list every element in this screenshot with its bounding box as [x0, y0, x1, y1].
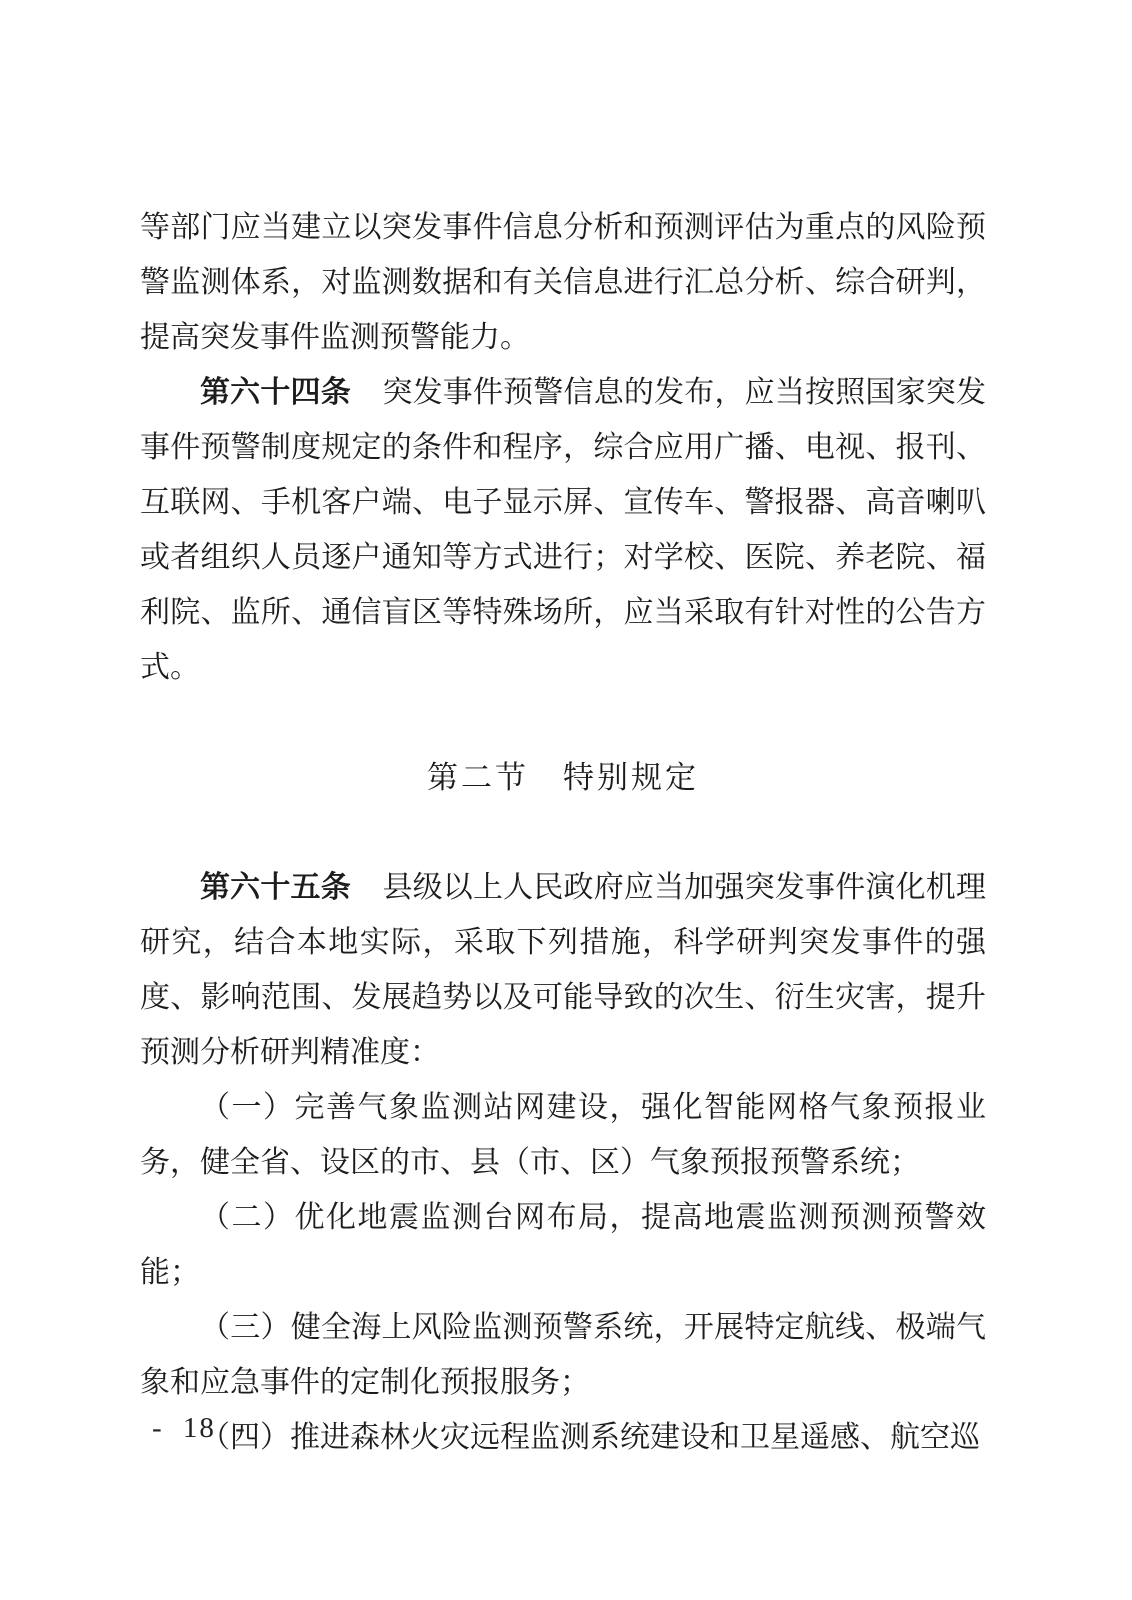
paragraph-item-2: （二）优化地震监测台网布局，提高地震监测预测预警效能； — [140, 1190, 986, 1300]
section-heading: 第二节 特别规定 — [140, 750, 986, 805]
paragraph-item-3: （三）健全海上风险监测预警系统，开展特定航线、极端气象和应急事件的定制化预报服务… — [140, 1300, 986, 1410]
article-65-number: 第六十五条 — [200, 871, 351, 904]
article-64-number: 第六十四条 — [200, 376, 351, 409]
article-64-text: 突发事件预警信息的发布，应当按照国家突发事件预警制度规定的条件和程序，综合应用广… — [140, 376, 986, 684]
document-body: 等部门应当建立以突发事件信息分析和预测评估为重点的风险预警监测体系，对监测数据和… — [140, 200, 986, 1465]
document-page: 等部门应当建立以突发事件信息分析和预测评估为重点的风险预警监测体系，对监测数据和… — [0, 0, 1132, 1600]
paragraph-article-64: 第六十四条突发事件预警信息的发布，应当按照国家突发事件预警制度规定的条件和程序，… — [140, 365, 986, 695]
page-number: - 18 - — [152, 1408, 247, 1448]
paragraph-continuation: 等部门应当建立以突发事件信息分析和预测评估为重点的风险预警监测体系，对监测数据和… — [140, 200, 986, 365]
paragraph-item-4: （四）推进森林火灾远程监测系统建设和卫星遥感、航空巡 — [140, 1410, 986, 1465]
paragraph-item-1: （一）完善气象监测站网建设，强化智能网格气象预报业务，健全省、设区的市、县（市、… — [140, 1080, 986, 1190]
paragraph-article-65: 第六十五条县级以上人民政府应当加强突发事件演化机理研究，结合本地实际，采取下列措… — [140, 860, 986, 1080]
